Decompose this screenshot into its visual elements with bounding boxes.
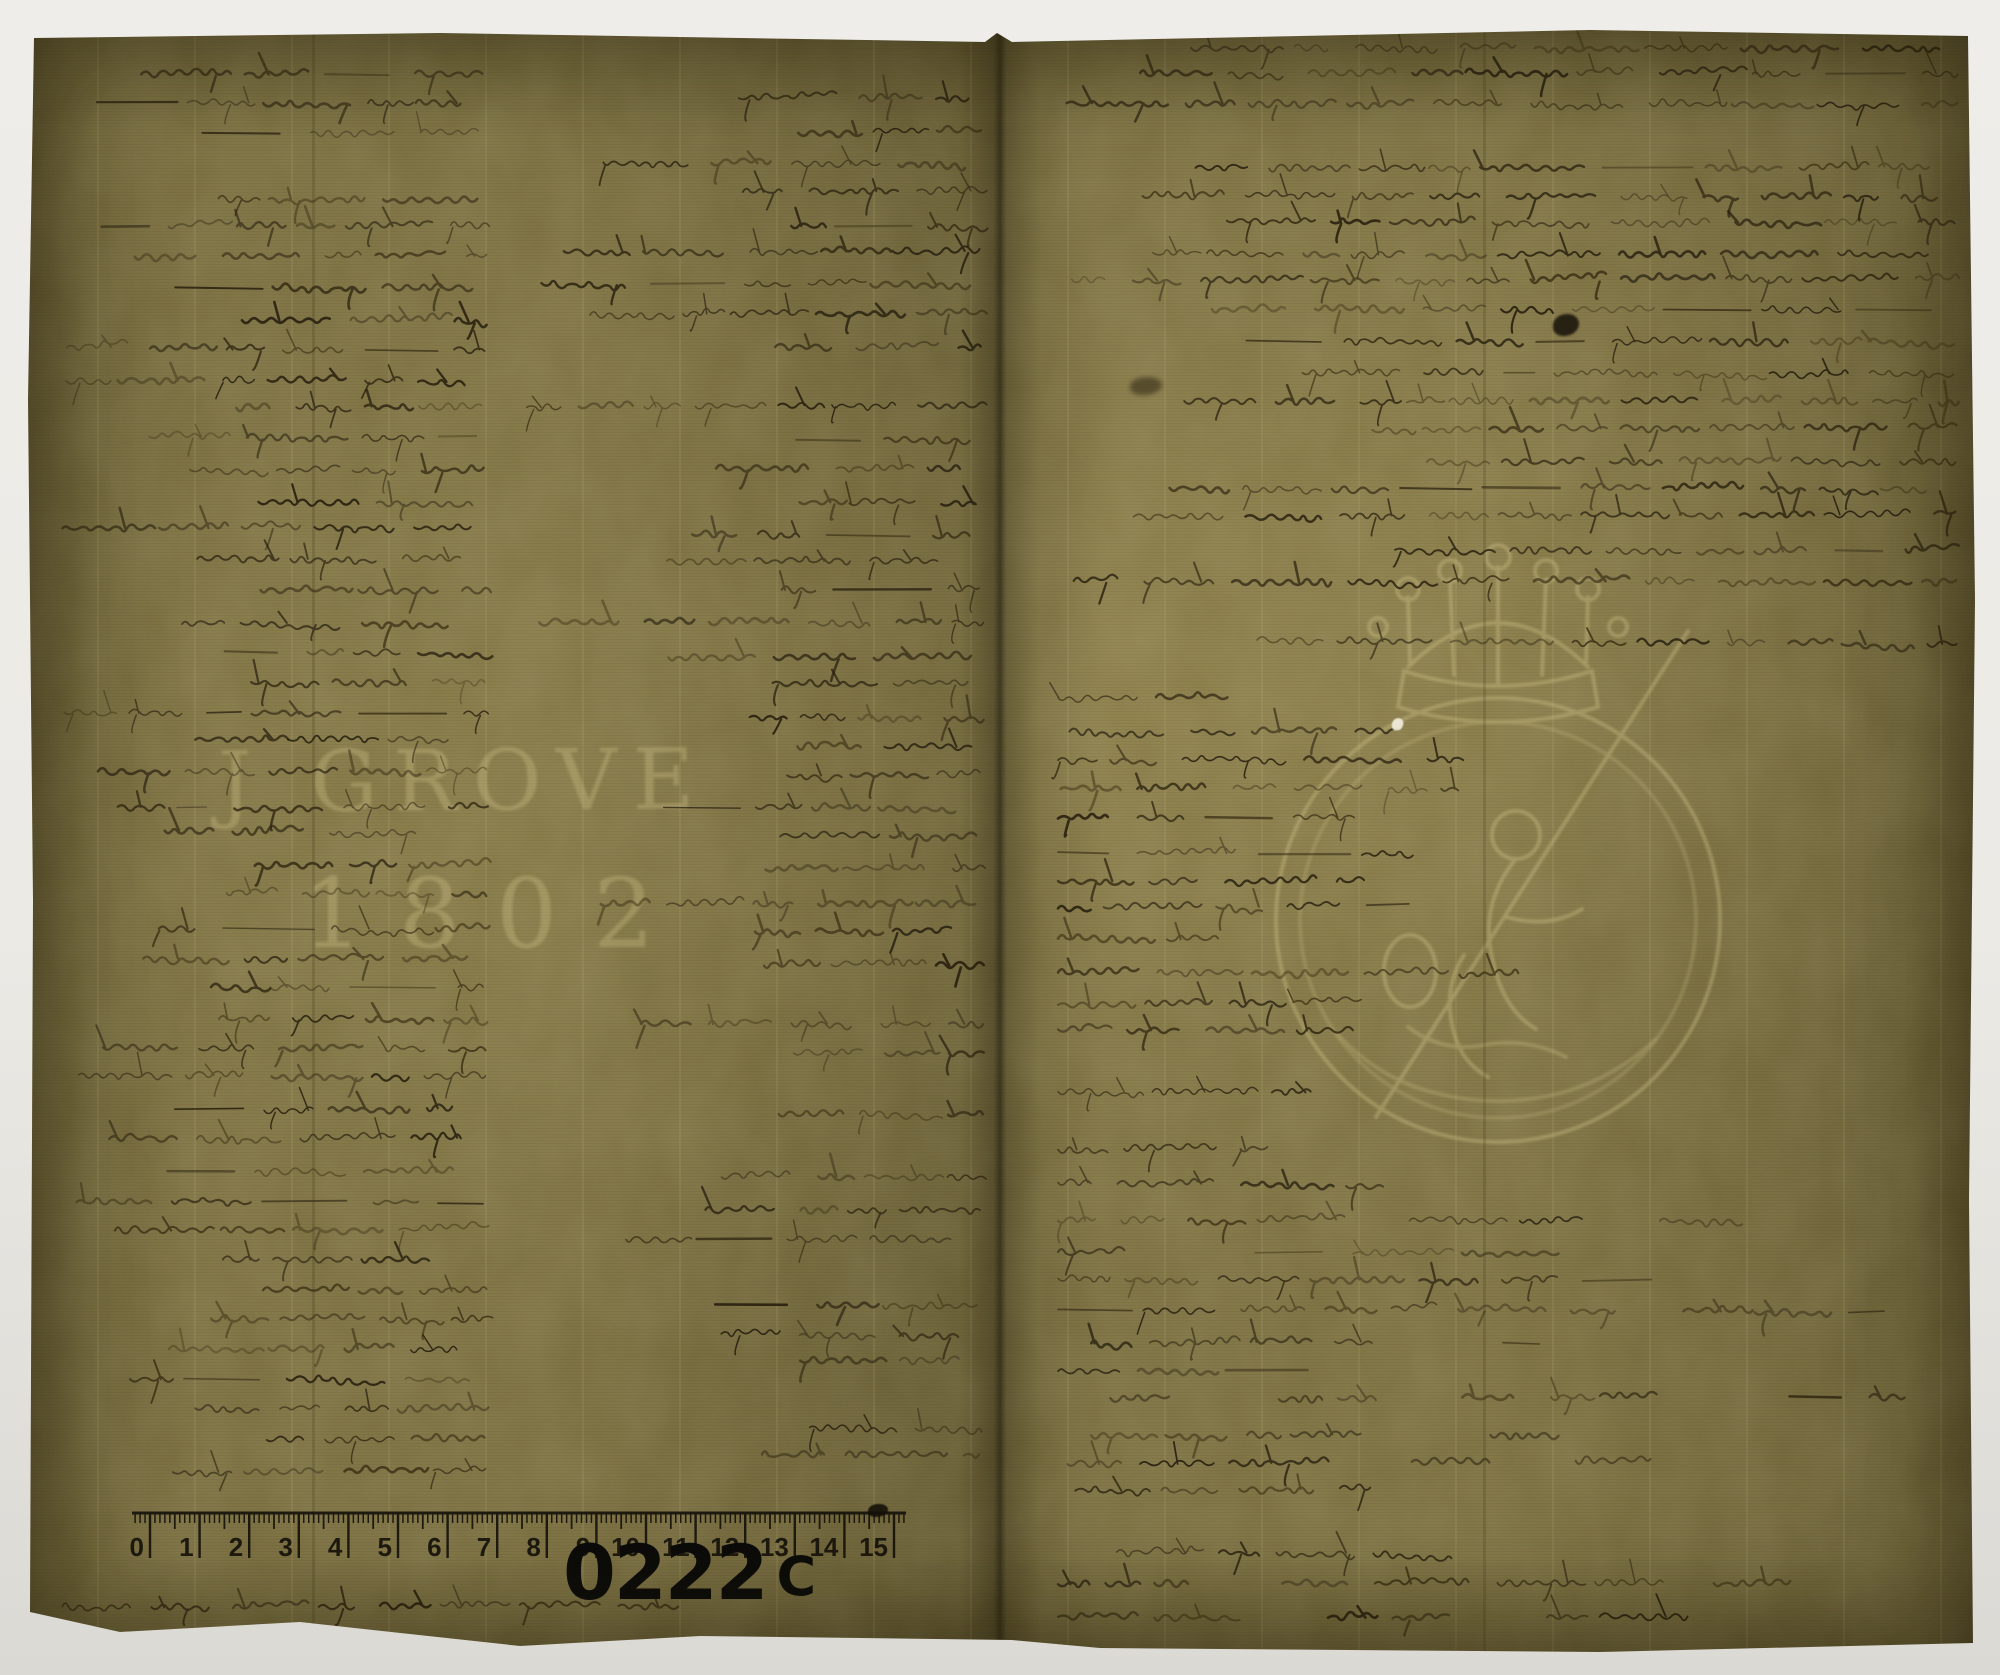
ruler-label: 6 (427, 1532, 441, 1562)
scan-background: J GROVE 1802 (0, 0, 2000, 1675)
ruler-label: 0 (130, 1532, 144, 1562)
ruler-label: 7 (477, 1532, 491, 1562)
ruler-label: 2 (229, 1532, 243, 1562)
ruler-label: 4 (328, 1532, 343, 1562)
measurement-ruler: 0123456789101112131415 (0, 0, 2000, 1675)
ruler-label: 5 (378, 1532, 392, 1562)
manuscript-spread: J GROVE 1802 (0, 0, 2000, 1675)
archive-number-stamp: 0222C (563, 1528, 816, 1617)
stamp-suffix: C (777, 1545, 817, 1608)
ruler-label: 1 (179, 1532, 193, 1562)
ruler-label: 8 (526, 1532, 540, 1562)
ruler-label: 15 (859, 1532, 888, 1562)
ruler-label: 3 (278, 1532, 292, 1562)
stamp-number: 0222 (563, 1528, 767, 1617)
